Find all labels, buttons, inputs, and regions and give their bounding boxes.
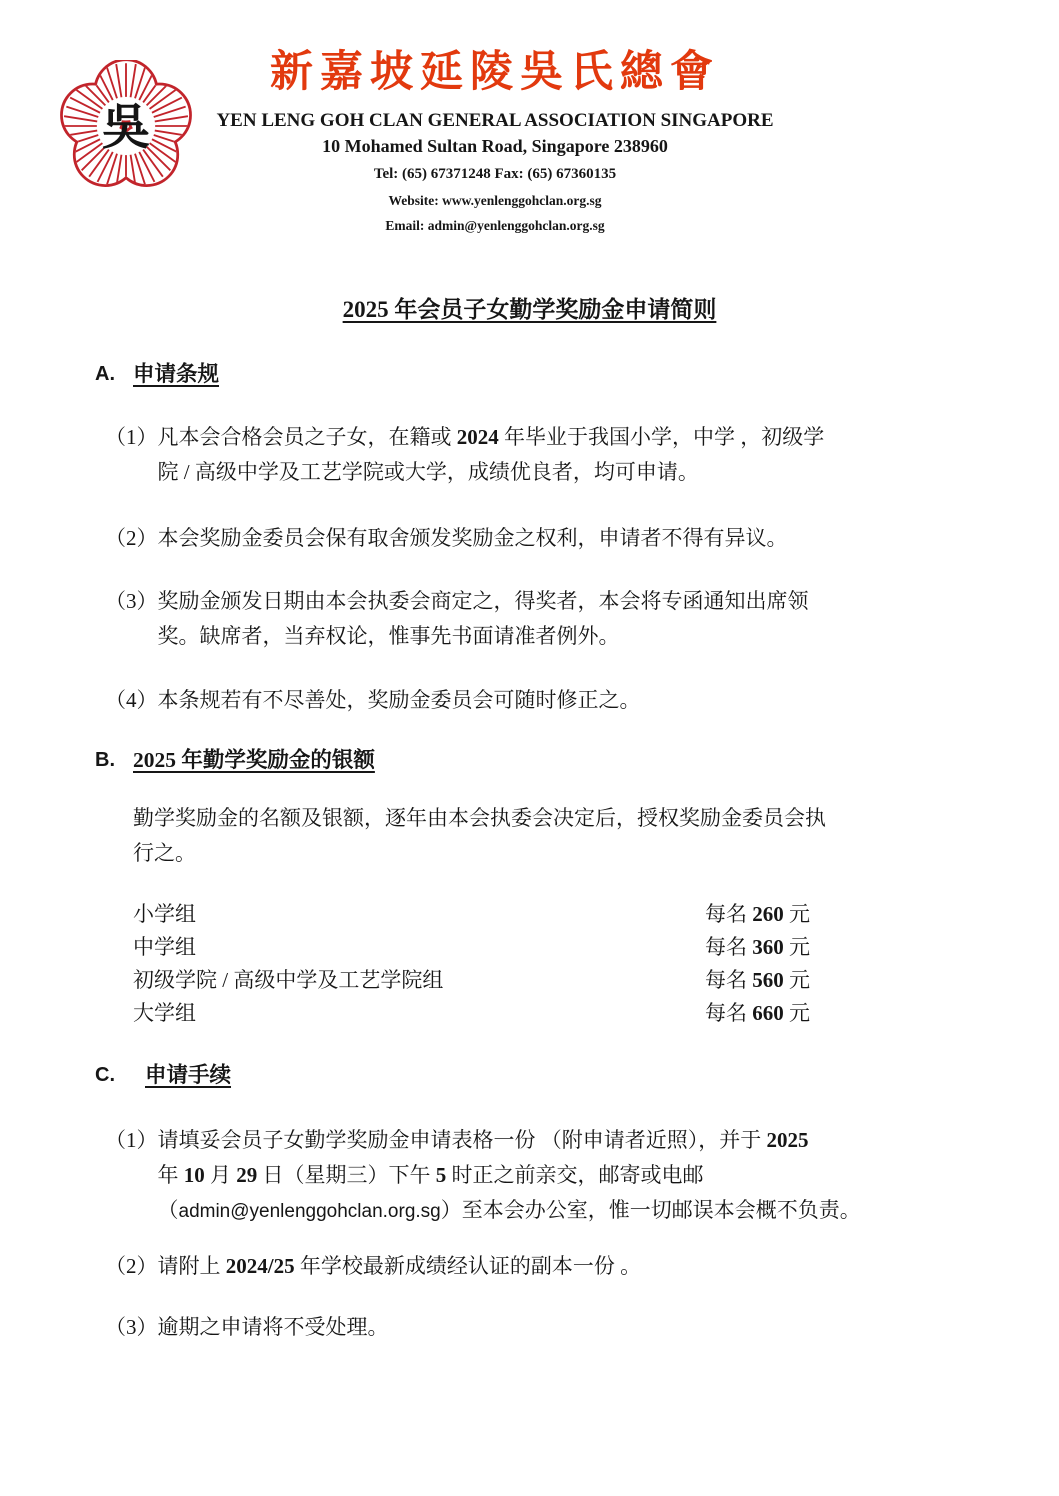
clause-c1-number: （1） bbox=[95, 1123, 158, 1229]
clause-c2-text: 请附上 2024/25 年学校最新成绩经认证的副本一份 。 bbox=[158, 1249, 965, 1284]
org-tel-fax: Tel: (65) 67371248 Fax: (65) 67360135 bbox=[195, 166, 795, 183]
org-email: Email: admin@yenlenggohclan.org.sg bbox=[195, 218, 795, 233]
org-website: Website: www.yenlenggohclan.org.sg bbox=[195, 193, 795, 208]
clause-a3-number: （3） bbox=[95, 584, 158, 654]
section-c-heading: C. 申请手续 bbox=[95, 1061, 964, 1089]
group-secondary-school: 中学组 bbox=[133, 931, 705, 964]
clause-a2: （2） 本会奖励金委员会保有取舍颁发奖励金之权利，申请者不得有异议。 bbox=[95, 521, 964, 556]
plum-blossom-emblem-icon: 吳 bbox=[60, 60, 192, 192]
section-a-heading: A. 申请条规 bbox=[95, 360, 964, 388]
clause-c1: （1） 请填妥会员子女勤学奖励金申请表格一份 （附申请者近照），并于 2025 … bbox=[95, 1123, 964, 1229]
letterhead-text: 新嘉坡延陵吳氏總會 YEN LENG GOH CLAN GENERAL ASSO… bbox=[195, 46, 795, 233]
clause-c3: （3） 逾期之申请将不受处理。 bbox=[95, 1310, 964, 1345]
section-c-letter: C. bbox=[95, 1061, 145, 1089]
section-b-intro: 勤学奖励金的名额及银额，逐年由本会执委会决定后，授权奖励金委员会执 行之。 bbox=[133, 801, 963, 871]
section-b-label: 2025 年勤学奖励金的银额 bbox=[133, 746, 375, 774]
clause-c3-number: （3） bbox=[95, 1310, 158, 1345]
clause-a1: （1） 凡本会合格会员之子女，在籍或 2024 年毕业于我国小学，中学 ，初级学… bbox=[95, 420, 964, 490]
clause-a4-text: 本条规若有不尽善处，奖励金委员会可随时修正之。 bbox=[158, 683, 965, 718]
group-junior-college: 初级学院 / 高级中学及工艺学院组 bbox=[133, 964, 705, 997]
clause-a4: （4） 本条规若有不尽善处，奖励金委员会可随时修正之。 bbox=[95, 683, 964, 718]
amount-university: 每名 660 元 bbox=[705, 997, 810, 1030]
section-a-label: 申请条规 bbox=[133, 360, 219, 388]
section-b-letter: B. bbox=[95, 746, 133, 774]
table-row: 小学组 每名 260 元 bbox=[133, 898, 964, 931]
clause-a4-number: （4） bbox=[95, 683, 158, 718]
group-primary-school: 小学组 bbox=[133, 898, 705, 931]
document-page: 吳 新嘉坡延陵吳氏總會 YEN LENG GOH CLAN GENERAL AS… bbox=[0, 0, 1059, 1496]
clause-a3-text: 奖励金颁发日期由本会执委会商定之，得奖者，本会将专函通知出席领 奖。缺席者，当弃… bbox=[158, 584, 965, 654]
letterhead: 吳 新嘉坡延陵吳氏總會 YEN LENG GOH CLAN GENERAL AS… bbox=[0, 0, 1059, 257]
clause-a3: （3） 奖励金颁发日期由本会执委会商定之，得奖者，本会将专函通知出席领 奖。缺席… bbox=[95, 584, 964, 654]
clause-c2: （2） 请附上 2024/25 年学校最新成绩经认证的副本一份 。 bbox=[95, 1249, 964, 1284]
logo-character: 吳 bbox=[102, 102, 150, 155]
org-name-english: YEN LENG GOH CLAN GENERAL ASSOCIATION SI… bbox=[195, 110, 795, 132]
clause-c2-number: （2） bbox=[95, 1249, 158, 1284]
section-b-heading: B. 2025 年勤学奖励金的银额 bbox=[95, 746, 964, 774]
table-row: 初级学院 / 高级中学及工艺学院组 每名 560 元 bbox=[133, 964, 964, 997]
section-a-letter: A. bbox=[95, 360, 133, 388]
group-university: 大学组 bbox=[133, 997, 705, 1030]
clause-a2-number: （2） bbox=[95, 521, 158, 556]
clause-a1-number: （1） bbox=[95, 420, 158, 490]
grant-amount-table: 小学组 每名 260 元 中学组 每名 360 元 初级学院 / 高级中学及工艺… bbox=[133, 898, 964, 1030]
amount-secondary-school: 每名 360 元 bbox=[705, 931, 810, 964]
clause-a2-text: 本会奖励金委员会保有取舍颁发奖励金之权利，申请者不得有异议。 bbox=[158, 521, 965, 556]
clause-a1-text: 凡本会合格会员之子女，在籍或 2024 年毕业于我国小学，中学 ，初级学 院 /… bbox=[158, 420, 965, 490]
clause-c3-text: 逾期之申请将不受处理。 bbox=[158, 1310, 965, 1345]
amount-primary-school: 每名 260 元 bbox=[705, 898, 810, 931]
org-name-chinese: 新嘉坡延陵吳氏總會 bbox=[195, 46, 795, 100]
org-address: 10 Mohamed Sultan Road, Singapore 238960 bbox=[195, 136, 795, 157]
section-c-label: 申请手续 bbox=[145, 1061, 231, 1089]
amount-junior-college: 每名 560 元 bbox=[705, 964, 810, 997]
clause-c1-text: 请填妥会员子女勤学奖励金申请表格一份 （附申请者近照），并于 2025 年 10… bbox=[158, 1123, 965, 1229]
table-row: 中学组 每名 360 元 bbox=[133, 931, 964, 964]
document-body: A. 申请条规 （1） 凡本会合格会员之子女，在籍或 2024 年毕业于我国小学… bbox=[0, 360, 1059, 1345]
document-title: 2025 年会员子女勤学奖励金申请简则 bbox=[0, 295, 1059, 325]
table-row: 大学组 每名 660 元 bbox=[133, 997, 964, 1030]
